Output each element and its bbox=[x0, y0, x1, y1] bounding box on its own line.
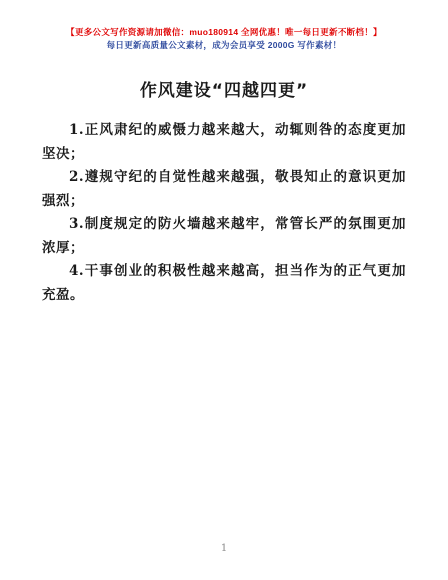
promo-header: 【更多公文写作资源请加微信：muo180914 全网优惠！唯一每日更新不断档！】… bbox=[0, 0, 448, 52]
paragraph-3: 3.制度规定的防火墙越来越牢，常管长严的氛围更加浓厚； bbox=[42, 213, 406, 260]
paragraph-4: 4.干事创业的积极性越来越高，担当作为的正气更加充盈。 bbox=[42, 260, 406, 307]
document-body: 1.正风肃纪的威慑力越来越大，动辄则咎的态度更加坚决； 2.遵规守纪的自觉性越来… bbox=[42, 119, 406, 307]
page-footer: 1 bbox=[0, 543, 448, 554]
paragraph-2: 2.遵规守纪的自觉性越来越强，敬畏知止的意识更加强烈； bbox=[42, 166, 406, 213]
promo-header-line2: 每日更新高质量公文素材，成为会员享受 2000G 写作素材！ bbox=[0, 39, 448, 52]
page-number: 1 bbox=[221, 543, 227, 554]
page-title: 作风建设“四越四更” bbox=[0, 76, 448, 101]
document-page: 【更多公文写作资源请加微信：muo180914 全网优惠！唯一每日更新不断档！】… bbox=[0, 0, 448, 580]
promo-header-line1: 【更多公文写作资源请加微信：muo180914 全网优惠！唯一每日更新不断档！】 bbox=[0, 26, 448, 39]
paragraph-1: 1.正风肃纪的威慑力越来越大，动辄则咎的态度更加坚决； bbox=[42, 119, 406, 166]
